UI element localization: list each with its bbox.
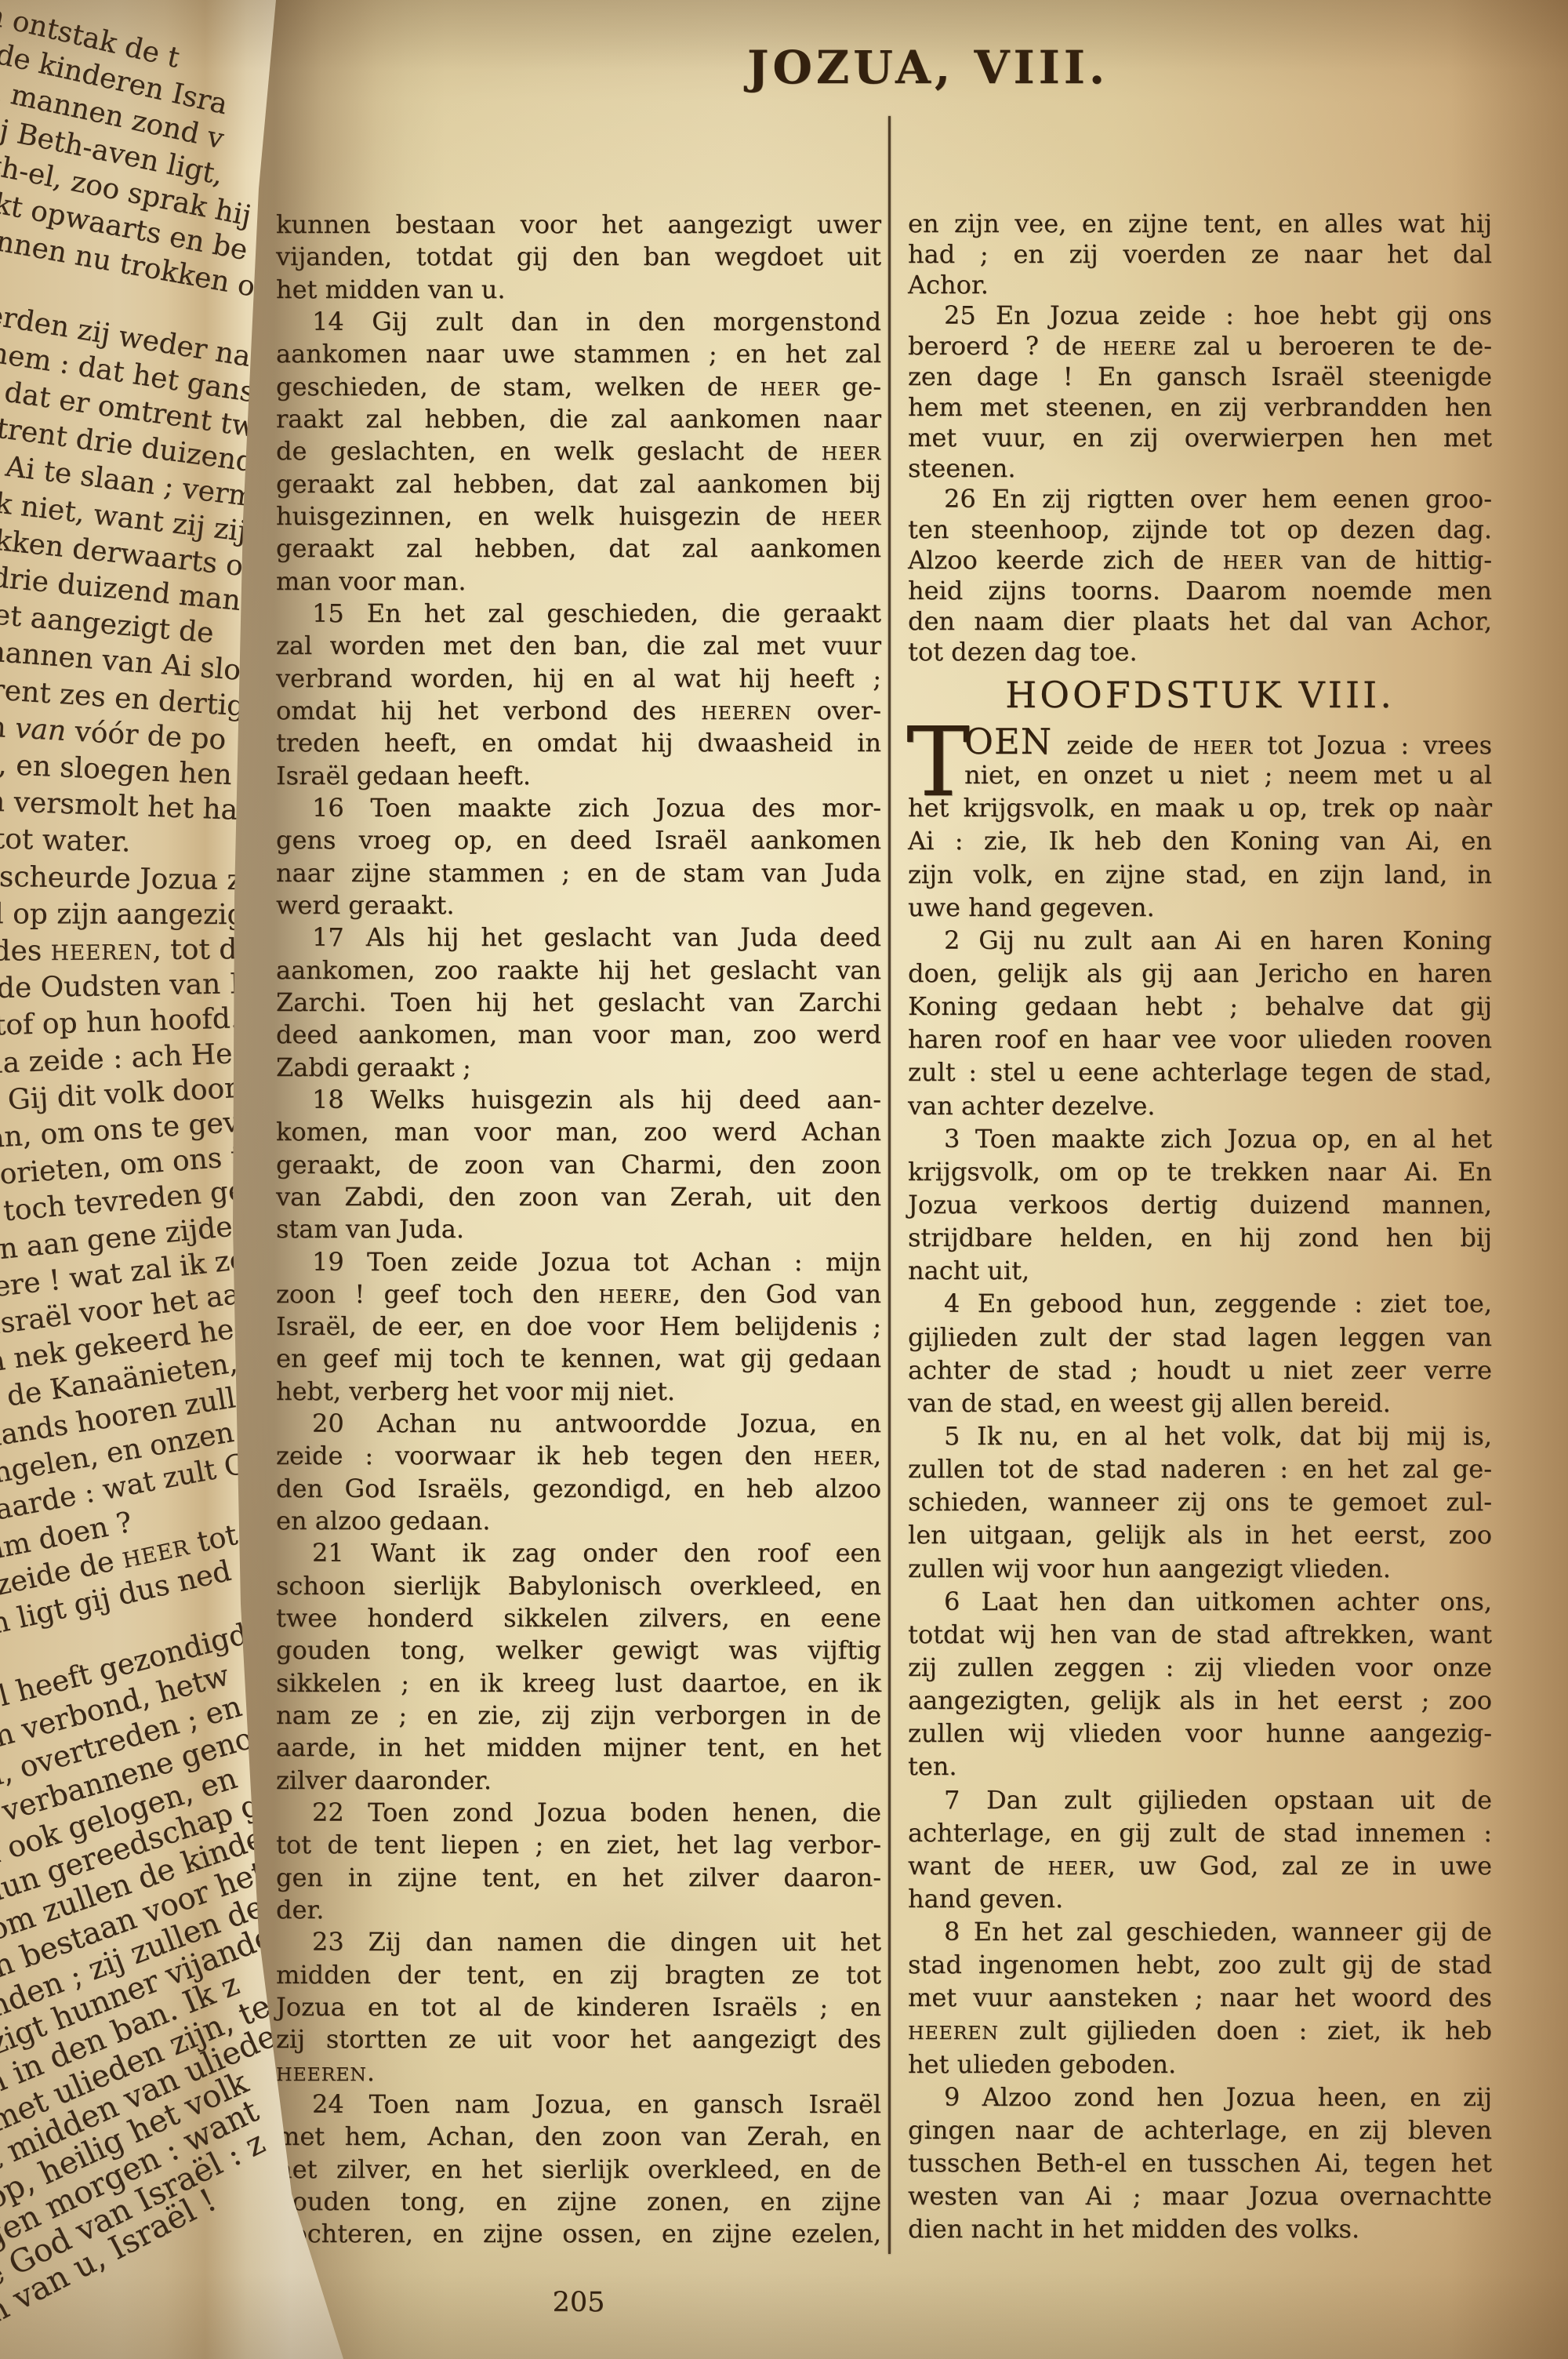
- text-line: 17 Als hij het geslacht van Juda deed: [276, 921, 881, 954]
- text-line: want de HEER, uw God, zal ze in uwe: [908, 1849, 1492, 1882]
- chapter-heading: HOOFDSTUK VIII.: [908, 674, 1492, 716]
- text-line: 20 Achan nu antwoordde Jozua, en: [276, 1408, 881, 1440]
- paragraph: 9 Alzoo zond hen Jozua heen, en zijginge…: [908, 2081, 1492, 2246]
- text-line: hebt, verberg het voor mij niet.: [276, 1376, 881, 1408]
- text-line: 3 Toen maakte zich Jozua op, en al het: [908, 1122, 1492, 1155]
- text-line: gouden tong, welker gewigt was vijftig: [276, 1634, 881, 1667]
- paragraph: TOEN zeide de HEER tot Jozua : vreesniet…: [908, 725, 1492, 924]
- text-line: 14 Gij zult dan in den morgenstond: [276, 306, 881, 338]
- paragraph: en zijn vee, en zijne tent, en alles wat…: [908, 209, 1492, 300]
- text-line: dochteren, en zijne ossen, en zijne ezel…: [276, 2218, 881, 2250]
- paragraph: 4 En gebood hun, zeggende : ziet toe,gij…: [908, 1287, 1492, 1419]
- paragraph: 25 En Jozua zeide : hoe hebt gij onsbero…: [908, 300, 1492, 484]
- text-line: Achor.: [908, 270, 1492, 300]
- text-line: zijn volk, en zijne stad, en zijn land, …: [908, 858, 1492, 891]
- text-line: beroerd ? de HEERE zal u beroeren te de-: [908, 331, 1492, 362]
- text-line: Zabdi geraakt ;: [276, 1052, 881, 1084]
- text-line: heid zijns toorns. Daarom noemde men: [908, 576, 1492, 606]
- text-line: vijanden, totdat gij den ban wegdoet uit: [276, 241, 881, 273]
- paragraph: kunnen bestaan voor het aangezigt uwervi…: [276, 209, 881, 306]
- text-line: het midden van u.: [276, 274, 881, 306]
- text-line: tusschen Beth-el en tusschen Ai, tegen h…: [908, 2146, 1492, 2179]
- text-line: der.: [276, 1894, 881, 1926]
- paragraph: 15 En het zal geschieden, die geraaktzal…: [276, 598, 881, 792]
- text-line: achterlage, en gij zult de stad innemen …: [908, 1816, 1492, 1849]
- text-line: zullen wij vlieden voor hunne aangezig-: [908, 1717, 1492, 1750]
- text-line: van Zabdi, den zoon van Zerah, uit den: [276, 1181, 881, 1213]
- text-line: stam van Juda.: [276, 1213, 881, 1245]
- text-line: haren roof en haar vee voor ulieden roov…: [908, 1023, 1492, 1056]
- small-caps-divine-name: HEERE: [598, 1285, 672, 1307]
- paragraph: 18 Welks huisgezin als hij deed aan-kome…: [276, 1084, 881, 1246]
- text-line: tot de tent liepen ; en ziet, het lag ve…: [276, 1829, 881, 1861]
- text-line: het ulieden geboden.: [908, 2048, 1492, 2081]
- left-page-fragment: rd tot water.: [0, 822, 131, 859]
- text-line: aankomen naar uwe stammen ; en het zal: [276, 338, 881, 370]
- text-line: had ; en zij voerden ze naar het dal: [908, 239, 1492, 270]
- left-page-fragment: n stof op hun hoofd.: [0, 1003, 240, 1044]
- text-line: 22 Toen zond Jozua boden henen, die: [276, 1797, 881, 1829]
- small-caps-divine-name: HEER: [1047, 1857, 1107, 1879]
- text-line: kunnen bestaan voor het aangezigt uwer: [276, 209, 881, 241]
- column-right-upper-text: en zijn vee, en zijne tent, en alles wat…: [908, 209, 1492, 667]
- small-caps-divine-name: HEEREN: [276, 2063, 367, 2085]
- text-line: twee honderd sikkelen zilvers, en eene: [276, 1602, 881, 1634]
- text-line: den God Israëls, gezondigd, en heb alzoo: [276, 1473, 881, 1505]
- text-line: van achter dezelve.: [908, 1089, 1492, 1122]
- text-line: met vuur aansteken ; naar het woord des: [908, 1981, 1492, 2014]
- text-line: nacht uit,: [908, 1254, 1492, 1287]
- text-column-right: en zijn vee, en zijne tent, en alles wat…: [908, 209, 1492, 2245]
- text-line: totdat wij hen van de stad aftrekken, wa…: [908, 1618, 1492, 1651]
- paragraph: 7 Dan zult gijlieden opstaan uit deachte…: [908, 1783, 1492, 1916]
- text-line: zij stortten ze uit voor het aangezigt d…: [276, 2023, 881, 2055]
- text-line: uwe hand gegeven.: [908, 891, 1492, 924]
- paragraph: 5 Ik nu, en al het volk, dat bij mij is,…: [908, 1419, 1492, 1585]
- text-line: man voor man.: [276, 565, 881, 598]
- text-line: niet, en onzet u niet ; neem met u al: [908, 758, 1492, 791]
- text-line: stad ingenomen hebt, zoo zult gij de sta…: [908, 1948, 1492, 1981]
- paragraph: 14 Gij zult dan in den morgenstondaankom…: [276, 306, 881, 598]
- text-line: schoon sierlijk Babylonisch overkleed, e…: [276, 1570, 881, 1602]
- text-line: en geef mij toch te kennen, wat gij geda…: [276, 1343, 881, 1375]
- text-line: geraakt zal hebben, dat zal aankomen bij: [276, 468, 881, 500]
- text-line: aarde, in het midden mijner tent, en het: [276, 1732, 881, 1764]
- paragraph: 3 Toen maakte zich Jozua op, en al hetkr…: [908, 1122, 1492, 1288]
- paragraph: 20 Achan nu antwoordde Jozua, enzeide : …: [276, 1408, 881, 1537]
- text-line: ten.: [908, 1750, 1492, 1783]
- text-line: Israël gedaan heeft.: [276, 760, 881, 792]
- text-line: het krijgsvolk, en maak u op, trek op na…: [908, 791, 1492, 824]
- text-line: werd geraakt.: [276, 889, 881, 921]
- text-line: hem met steenen, en zij verbrandden hen: [908, 392, 1492, 423]
- text-line: midden der tent, en zij bragten ze tot: [276, 1959, 881, 1991]
- text-line: HEEREN.: [276, 2056, 881, 2088]
- small-caps-divine-name: HEEREN: [51, 940, 153, 965]
- text-line: de geslachten, en welk geslacht de HEER: [276, 435, 881, 467]
- paragraph: 8 En het zal geschieden, wanneer gij des…: [908, 1915, 1492, 2081]
- paragraph: 26 En zij rigtten over hem eenen groo-te…: [908, 484, 1492, 667]
- left-page-fragment: en de Oudsten van Is: [0, 968, 256, 1005]
- page-number: 205: [276, 2287, 881, 2318]
- text-line: gens vroeg op, en deed Israël aankomen: [276, 824, 881, 856]
- drop-cap-letter: T: [906, 729, 970, 796]
- text-line: Ai : zie, Ik heb den Koning van Ai, en: [908, 824, 1492, 857]
- text-line: 16 Toen maakte zich Jozua des mor-: [276, 792, 881, 824]
- column-divider-rule: [888, 116, 891, 2254]
- text-line: steenen.: [908, 453, 1492, 484]
- text-line: huisgezinnen, en welk huisgezin de HEER: [276, 500, 881, 533]
- text-line: 6 Laat hen dan uitkomen achter ons,: [908, 1585, 1492, 1618]
- paragraph: 22 Toen zond Jozua boden henen, dietot d…: [276, 1797, 881, 1926]
- text-line: 24 Toen nam Jozua, en gansch Israël: [276, 2088, 881, 2121]
- text-line: met vuur, en zij overwierpen hen met: [908, 423, 1492, 453]
- text-line: Koning gedaan hebt ; behalve dat gij: [908, 990, 1492, 1023]
- small-caps-divine-name: HEER: [1223, 551, 1283, 573]
- text-line: Israël, de eer, en doe voor Hem belijden…: [276, 1310, 881, 1343]
- text-line: 21 Want ik zag onder den roof een: [276, 1537, 881, 1569]
- text-line: en alzoo gedaan.: [276, 1505, 881, 1537]
- text-line: geschieden, de stam, welken de HEER ge-: [276, 371, 881, 403]
- paragraph: 16 Toen maakte zich Jozua des mor-gens v…: [276, 792, 881, 921]
- text-line: zullen tot de stad naderen : en het zal …: [908, 1452, 1492, 1485]
- text-line: komen, man voor man, zoo werd Achan: [276, 1116, 881, 1148]
- text-line: 26 En zij rigtten over hem eenen groo-: [908, 484, 1492, 514]
- text-line: gingen naar de achterlage, en zij bleven: [908, 2114, 1492, 2146]
- paragraph: 6 Laat hen dan uitkomen achter ons,totda…: [908, 1585, 1492, 1783]
- text-line: geraakt, de zoon van Charmi, den zoon: [276, 1149, 881, 1181]
- paragraph: 24 Toen nam Jozua, en gansch Israëlmet h…: [276, 2088, 881, 2251]
- text-line: sikkelen ; en ik kreeg lust daartoe, en …: [276, 1667, 881, 1699]
- text-line: zoon ! geef toch den HEERE, den God van: [276, 1278, 881, 1310]
- text-line: en zijn vee, en zijne tent, en alles wat…: [908, 209, 1492, 239]
- small-caps-divine-name: HEER: [822, 507, 881, 529]
- text-line: den naam dier plaats het dal van Achor,: [908, 606, 1492, 637]
- text-line: 18 Welks huisgezin als hij deed aan-: [276, 1084, 881, 1116]
- text-line: zen dage ! En gansch Israël steenigde: [908, 362, 1492, 392]
- small-caps-divine-name: HEEREN: [701, 702, 792, 724]
- text-line: treden heeft, en omdat hij dwaasheid in: [276, 727, 881, 759]
- text-line: met hem, Achan, den zoon van Zerah, en: [276, 2121, 881, 2153]
- text-line: dien nacht in het midden des volks.: [908, 2212, 1492, 2245]
- text-line: nam ze ; en zie, zij zijn verborgen in d…: [276, 1699, 881, 1732]
- text-line: 5 Ik nu, en al het volk, dat bij mij is,: [908, 1419, 1492, 1452]
- paragraph: 21 Want ik zag onder den roof eenschoon …: [276, 1537, 881, 1797]
- text-line: strijdbare helden, en hij zond hen bij: [908, 1221, 1492, 1254]
- text-line: gijlieden zult der stad lagen leggen van: [908, 1321, 1492, 1354]
- text-line: gen in zijne tent, en het zilver daaron-: [276, 1862, 881, 1894]
- text-line: hand geven.: [908, 1882, 1492, 1915]
- paragraph: 19 Toen zeide Jozua tot Achan : mijnzoon…: [276, 1246, 881, 1408]
- text-line: 9 Alzoo zond hen Jozua heen, en zij: [908, 2081, 1492, 2114]
- text-line: OEN zeide de HEER tot Jozua : vrees: [908, 725, 1492, 758]
- text-line: raakt zal hebben, die zal aankomen naar: [276, 403, 881, 435]
- text-line: deed aankomen, man voor man, zoo werd: [276, 1019, 881, 1051]
- text-line: aangezigten, gelijk als in het eerst ; z…: [908, 1684, 1492, 1717]
- text-line: zullen wij voor hun aangezigt vlieden.: [908, 1552, 1492, 1585]
- text-line: Alzoo keerde zich de HEER van de hittig-: [908, 545, 1492, 576]
- text-line: len uitgaan, gelijk als in het eerst, zo…: [908, 1518, 1492, 1551]
- small-caps-divine-name: HEER: [822, 442, 881, 464]
- column-right-lower-text: TOEN zeide de HEER tot Jozua : vreesniet…: [908, 725, 1492, 2245]
- text-line: Jozua en tot al de kinderen Israëls ; en: [276, 1991, 881, 2023]
- text-line: zij zullen zeggen : zij vlieden voor onz…: [908, 1651, 1492, 1684]
- text-line: het zilver, en het sierlijk overkleed, e…: [276, 2154, 881, 2186]
- text-line: 23 Zij dan namen die dingen uit het: [276, 1926, 881, 1958]
- text-line: 19 Toen zeide Jozua tot Achan : mijn: [276, 1246, 881, 1278]
- small-caps-divine-name: HEER: [760, 378, 819, 400]
- text-line: achter de stad ; houdt u niet zeer verre: [908, 1354, 1492, 1387]
- text-line: van de stad, en weest gij allen bereid.: [908, 1387, 1492, 1419]
- paragraph: 2 Gij nu zult aan Ai en haren Koningdoen…: [908, 924, 1492, 1122]
- text-line: tot dezen dag toe.: [908, 637, 1492, 667]
- text-line: Jozua verkoos dertig duizend mannen,: [908, 1188, 1492, 1221]
- text-line: zult : stel u eene achterlage tegen de s…: [908, 1056, 1492, 1089]
- text-line: gouden tong, en zijne zonen, en zijne: [276, 2186, 881, 2218]
- text-line: doen, gelijk als gij aan Jericho en hare…: [908, 957, 1492, 990]
- text-line: verbrand worden, hij en al wat hij heeft…: [276, 663, 881, 695]
- text-line: 15 En het zal geschieden, die geraakt: [276, 598, 881, 630]
- text-column-left: kunnen bestaan voor het aangezigt uwervi…: [276, 209, 881, 2251]
- left-page-fragment: rk des HEEREN, tot de: [0, 933, 254, 968]
- text-line: naar zijne stammen ; en de stam van Juda: [276, 857, 881, 889]
- left-page-fragment: viel op zijn aangezigt: [0, 898, 256, 931]
- text-line: HEEREN zult gijlieden doen : ziet, ik he…: [908, 2014, 1492, 2047]
- small-caps-divine-name: HEEREN: [908, 2022, 999, 2044]
- book-photo: JOZUA, VIII. kunnen bestaan voor het aan…: [0, 0, 1568, 2359]
- small-caps-divine-name: HEER: [1193, 736, 1253, 758]
- text-line: 8 En het zal geschieden, wanneer gij de: [908, 1915, 1492, 1948]
- text-line: 25 En Jozua zeide : hoe hebt gij ons: [908, 300, 1492, 331]
- text-line: zilver daaronder.: [276, 1765, 881, 1797]
- text-line: krijgsvolk, om op te trekken naar Ai. En: [908, 1155, 1492, 1188]
- drop-cap-rest: OEN: [964, 721, 1052, 762]
- text-line: omdat hij het verbond des HEEREN over-: [276, 695, 881, 727]
- text-line: geraakt zal hebben, dat zal aankomen: [276, 533, 881, 565]
- text-line: 2 Gij nu zult aan Ai en haren Koning: [908, 924, 1492, 957]
- small-caps-divine-name: HEERE: [1103, 337, 1177, 359]
- text-line: 7 Dan zult gijlieden opstaan uit de: [908, 1783, 1492, 1816]
- text-line: schieden, wanneer zij ons te gemoet zul-: [908, 1485, 1492, 1518]
- paragraph: 23 Zij dan namen die dingen uit hetmidde…: [276, 1926, 881, 2088]
- text-line: Zarchi. Toen hij het geslacht van Zarchi: [276, 987, 881, 1019]
- text-line: zeide : voorwaar ik heb tegen den HEER,: [276, 1440, 881, 1472]
- paragraph: 17 Als hij het geslacht van Juda deedaan…: [276, 921, 881, 1084]
- text-line: westen van Ai ; maar Jozua overnachtte: [908, 2179, 1492, 2212]
- small-caps-divine-name: HEER: [814, 1447, 873, 1469]
- text-line: 4 En gebood hun, zeggende : ziet toe,: [908, 1287, 1492, 1320]
- page-header-title: JOZUA, VIII.: [276, 41, 1492, 94]
- text-line: aankomen, zoo raakte hij het geslacht va…: [276, 954, 881, 987]
- text-line: zal worden met den ban, die zal met vuur: [276, 630, 881, 662]
- text-line: ten steenhoop, zijnde tot op dezen dag.: [908, 514, 1492, 545]
- left-page-fragment: verscheurde Jozua zij: [0, 860, 260, 896]
